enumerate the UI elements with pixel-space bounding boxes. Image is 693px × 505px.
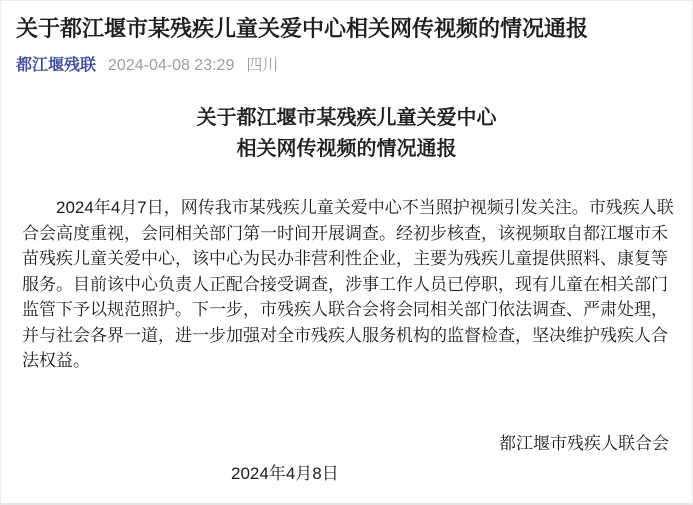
post-timestamp: 2024-04-08 23:29 <box>108 56 234 76</box>
notice-body-paragraph: 2024年4月7日，网传我市某残疾儿童关爱中心不当照护视频引发关注。市残疾人联 … <box>22 195 680 374</box>
notice-signature: 都江堰市残疾人联合会 <box>1 434 669 454</box>
notice-date: 2024年4月8日 <box>231 464 692 484</box>
author-link[interactable]: 都江堰残联 <box>16 56 96 76</box>
weibo-post-page: 关于都江堰市某残疾儿童关爱中心相关网传视频的情况通报 都江堰残联 2024-04… <box>0 0 693 505</box>
notice-heading: 关于都江堰市某残疾儿童关爱中心 相关网传视频的情况通报 <box>1 103 692 165</box>
post-meta-row: 都江堰残联 2024-04-08 23:29 四川 <box>16 56 677 76</box>
post-title: 关于都江堰市某残疾儿童关爱中心相关网传视频的情况通报 <box>16 15 677 43</box>
post-location: 四川 <box>246 56 278 76</box>
